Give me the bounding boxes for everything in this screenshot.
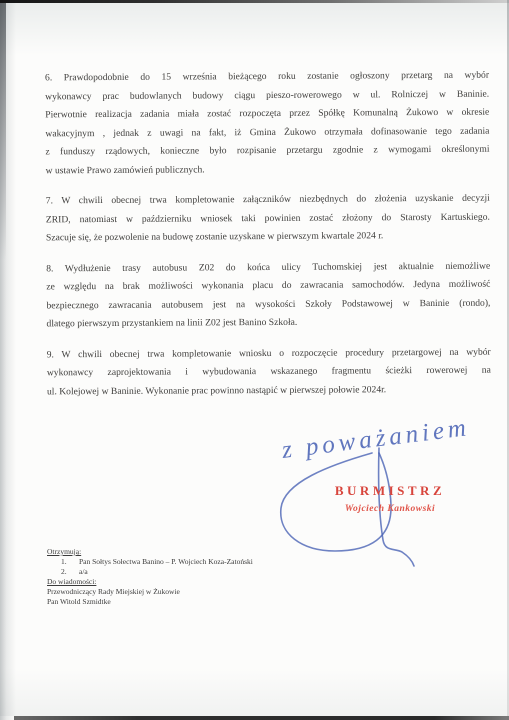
letter-body: 6. Prawdopodobnie do 15 września bieżące…: [45, 67, 491, 402]
cc-lines: Przewodniczący Rady Miejskiej w ŻukowieP…: [47, 587, 347, 607]
scan-edge-top: [0, 0, 509, 3]
scan-tint-top: [0, 3, 509, 73]
cc-line: Pan Witold Szmidtke: [47, 597, 347, 607]
item-number: 1.: [61, 557, 79, 567]
received-item: 1.Pan Sołtys Sołectwa Banino – P. Wojcie…: [47, 557, 347, 567]
cc-heading: Do wiadomości:: [47, 577, 347, 587]
body-line: dlatego pierwszym przystankiem na linii …: [46, 313, 490, 334]
official-stamp: BURMISTRZ Wojciech Kankowski: [322, 483, 458, 514]
stamp-signer-name: Wojciech Kankowski: [322, 504, 458, 514]
stamp-title: BURMISTRZ: [322, 483, 458, 499]
cc-line: Przewodniczący Rady Miejskiej w Żukowie: [47, 587, 347, 597]
scan-tint-bottom: [0, 656, 509, 716]
body-line: wykonawcy zaprojektowania i wybudowania …: [47, 362, 491, 383]
paragraph: 6. Prawdopodobnie do 15 września bieżące…: [45, 67, 490, 181]
body-line: ze względu na brak możliwości wykonania …: [46, 276, 490, 297]
scan-edge-bottom: [14, 716, 509, 720]
body-line: Szacuje się, że pozwolenie na budowę zos…: [46, 227, 490, 248]
item-text: a/a: [79, 567, 88, 576]
body-line: Pierwotnie realizacja zadania miała zost…: [45, 104, 489, 125]
body-line: ul. Kolejowej w Baninie. Wykonanie prac …: [47, 380, 491, 401]
item-text: Pan Sołtys Sołectwa Banino – P. Wojciech…: [79, 557, 253, 566]
paragraph: 7. W chwili obecnej trwa kompletowanie z…: [46, 190, 490, 248]
distribution-footer: Otrzymują: 1.Pan Sołtys Sołectwa Banino …: [47, 547, 347, 607]
scanned-letter-page: 6. Prawdopodobnie do 15 września bieżące…: [0, 0, 509, 720]
body-line: w ustawie Prawo zamówień publicznych.: [46, 159, 490, 180]
paragraph: 8. Wydłużenie trasy autobusu Z02 do końc…: [46, 257, 490, 334]
received-heading: Otrzymują:: [47, 547, 347, 557]
body-line: 6. Prawdopodobnie do 15 września bieżące…: [45, 67, 489, 88]
body-line: z funduszy rządowych, konieczne było roz…: [45, 141, 489, 162]
body-line: 7. W chwili obecnej trwa kompletowanie z…: [46, 190, 490, 211]
received-item: 2.a/a: [47, 567, 347, 577]
body-line: ZRID, natomiast w październiku wniosek t…: [46, 208, 490, 229]
paragraph: 9. W chwili obecnej trwa kompletowanie w…: [47, 343, 491, 401]
item-number: 2.: [61, 567, 79, 577]
scan-edge-left-dark: [0, 0, 6, 260]
received-list: 1.Pan Sołtys Sołectwa Banino – P. Wojcie…: [47, 557, 347, 577]
handwritten-closing-text: z poważaniem: [279, 414, 471, 464]
body-line: bezpiecznego zawracania autobusem jest n…: [46, 294, 490, 315]
